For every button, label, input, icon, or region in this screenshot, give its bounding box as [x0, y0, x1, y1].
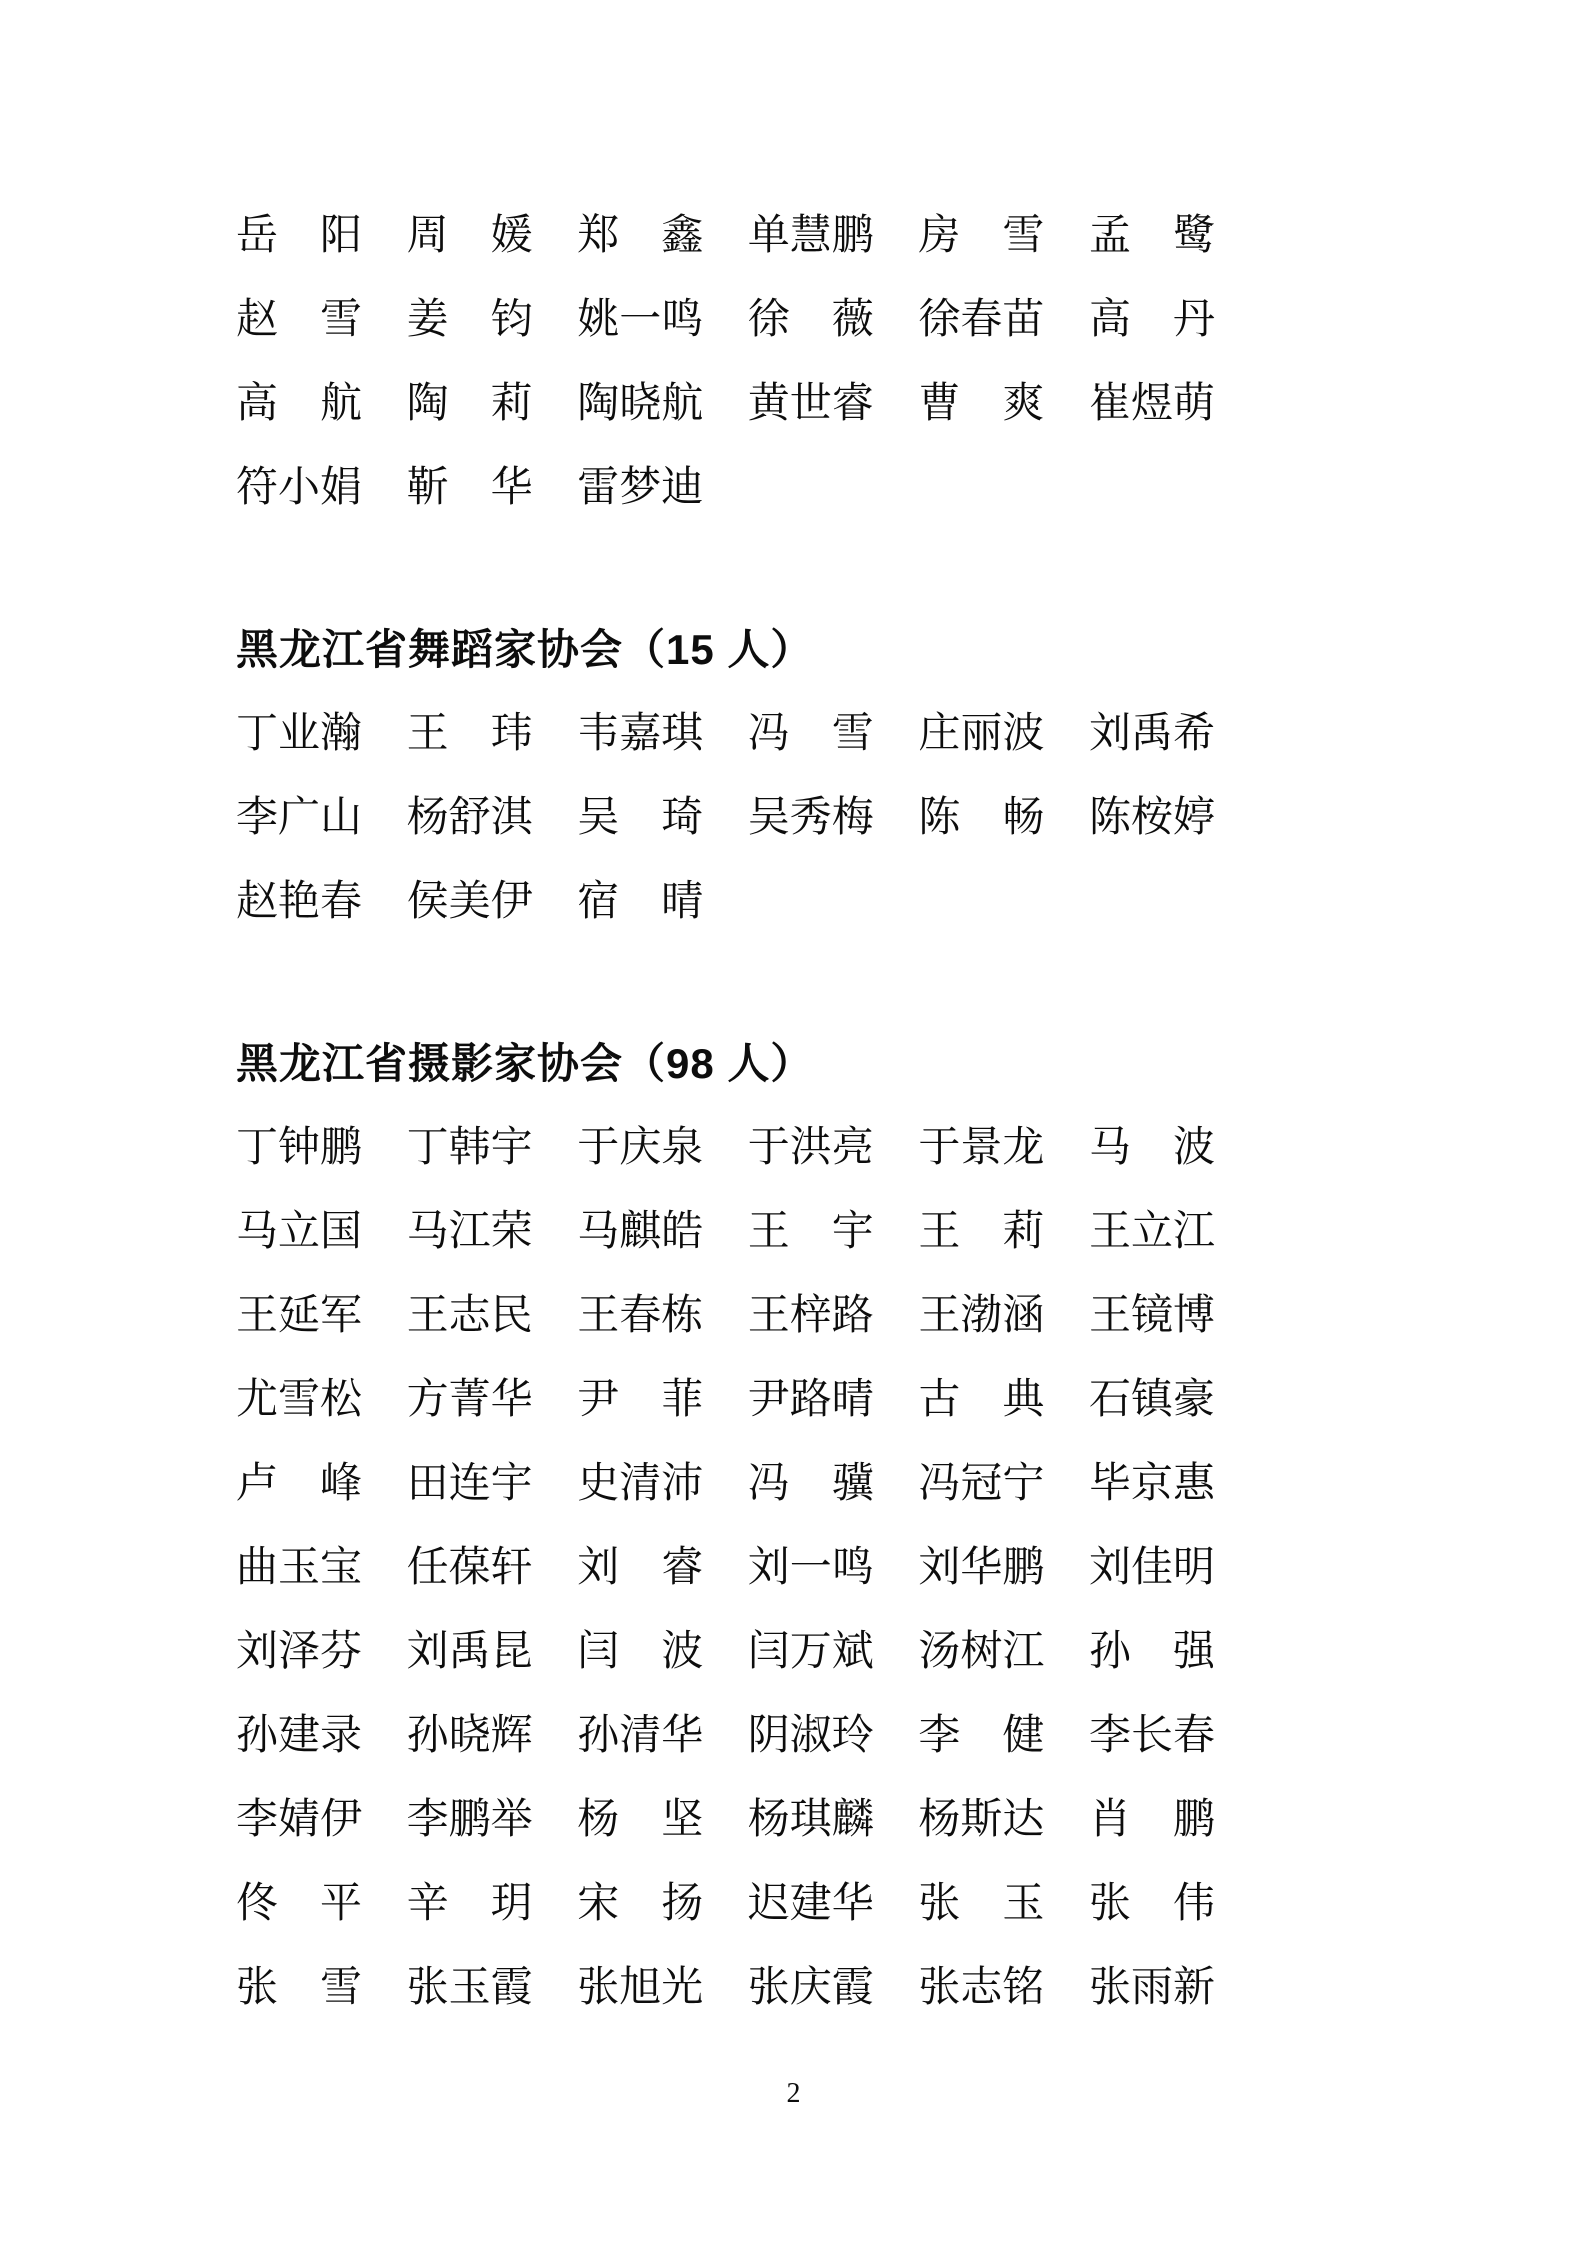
member-name: 姚一鸣 [577, 299, 703, 341]
member-name: 石镇豪 [1089, 1379, 1215, 1421]
member-name: 周 媛 [407, 215, 533, 257]
member-row: 李婧伊李鹏举杨 坚杨琪麟杨斯达肖 鹏 [236, 1778, 1215, 1862]
member-name: 曹 爽 [918, 383, 1044, 425]
member-name: 雷梦迪 [577, 467, 703, 509]
member-row: 张 雪张玉霞张旭光张庆霞张志铭张雨新 [236, 1946, 1215, 2030]
member-name: 闫万斌 [748, 1631, 874, 1673]
member-name: 冯 雪 [748, 713, 874, 755]
member-row: 岳 阳周 媛郑 鑫单慧鹏房 雪孟 鹭 [236, 194, 1215, 278]
member-name: 尹路晴 [748, 1379, 874, 1421]
member-name: 陶晓航 [577, 383, 703, 425]
member-name: 侯美伊 [407, 881, 533, 923]
member-name: 刘禹昆 [407, 1631, 533, 1673]
member-name: 马 波 [1089, 1127, 1215, 1169]
member-name: 丁钟鹏 [236, 1127, 362, 1169]
member-name: 冯冠宁 [918, 1463, 1044, 1505]
member-name: 李鹏举 [407, 1799, 533, 1841]
member-name: 刘佳明 [1089, 1547, 1215, 1589]
member-name: 汤树江 [918, 1631, 1044, 1673]
member-name: 陈 畅 [918, 797, 1044, 839]
member-name: 徐 薇 [748, 299, 874, 341]
member-name: 李长春 [1089, 1715, 1215, 1757]
member-name: 王梓路 [748, 1295, 874, 1337]
section-rows-dancers: 丁业瀚王 玮韦嘉琪冯 雪庄丽波刘禹希李广山杨舒淇吴 琦吴秀梅陈 畅陈桉婷赵艳春侯… [236, 692, 1215, 944]
member-name: 孙建录 [236, 1715, 362, 1757]
section-photographers-association: 黑龙江省摄影家协会（98 人） 丁钟鹏丁韩宇于庆泉于洪亮于景龙马 波马立国马江荣… [236, 1022, 1215, 2030]
section-rows-photographers: 丁钟鹏丁韩宇于庆泉于洪亮于景龙马 波马立国马江荣马麒皓王 宇王 莉王立江王延军王… [236, 1106, 1215, 2030]
member-name: 孙晓辉 [407, 1715, 533, 1757]
member-row: 王延军王志民王春栋王梓路王渤涵王镜博 [236, 1274, 1215, 1358]
member-row: 丁业瀚王 玮韦嘉琪冯 雪庄丽波刘禹希 [236, 692, 1215, 776]
member-row: 高 航陶 莉陶晓航黄世睿曹 爽崔煜萌 [236, 362, 1215, 446]
member-row: 符小娟靳 华雷梦迪 [236, 446, 1215, 530]
member-name: 单慧鹏 [748, 215, 874, 257]
member-name: 马麒皓 [577, 1211, 703, 1253]
member-name: 韦嘉琪 [577, 713, 703, 755]
member-name: 吴秀梅 [748, 797, 874, 839]
document-page: 岳 阳周 媛郑 鑫单慧鹏房 雪孟 鹭赵 雪姜 钧姚一鸣徐 薇徐春苗高 丹高 航陶… [0, 0, 1587, 2245]
member-name: 张志铭 [918, 1967, 1044, 2009]
member-name: 方菁华 [407, 1379, 533, 1421]
member-row: 佟 平辛 玥宋 扬迟建华张 玉张 伟 [236, 1862, 1215, 1946]
member-name: 刘泽芬 [236, 1631, 362, 1673]
member-name: 古 典 [918, 1379, 1044, 1421]
member-name: 房 雪 [918, 215, 1044, 257]
member-name: 王志民 [407, 1295, 533, 1337]
member-name: 王 玮 [407, 713, 533, 755]
member-name: 田连宇 [407, 1463, 533, 1505]
page-number: 2 [0, 2076, 1587, 2112]
member-name: 尹 菲 [577, 1379, 703, 1421]
member-name: 于洪亮 [748, 1127, 874, 1169]
member-name: 冯 骥 [748, 1463, 874, 1505]
member-name: 杨舒淇 [407, 797, 533, 839]
member-name: 丁韩宇 [407, 1127, 533, 1169]
member-row: 李广山杨舒淇吴 琦吴秀梅陈 畅陈桉婷 [236, 776, 1215, 860]
member-name: 郑 鑫 [577, 215, 703, 257]
member-name: 李婧伊 [236, 1799, 362, 1841]
member-name: 姜 钧 [407, 299, 533, 341]
member-name: 阴淑玲 [748, 1715, 874, 1757]
section-heading-dancers: 黑龙江省舞蹈家协会（15 人） [236, 608, 1215, 692]
member-name: 赵艳春 [236, 881, 362, 923]
member-name: 王渤涵 [918, 1295, 1044, 1337]
member-name: 李广山 [236, 797, 362, 839]
member-name: 陶 莉 [407, 383, 533, 425]
member-name: 杨琪麟 [748, 1799, 874, 1841]
member-name: 肖 鹏 [1089, 1799, 1215, 1841]
member-name: 张 雪 [236, 1967, 362, 2009]
member-row: 尤雪松方菁华尹 菲尹路晴古 典石镇豪 [236, 1358, 1215, 1442]
member-name: 张 伟 [1089, 1883, 1215, 1925]
member-name: 杨 坚 [577, 1799, 703, 1841]
member-name: 马江荣 [407, 1211, 533, 1253]
member-name: 宿 晴 [577, 881, 703, 923]
member-name: 张玉霞 [407, 1967, 533, 2009]
member-name: 黄世睿 [748, 383, 874, 425]
member-name: 辛 玥 [407, 1883, 533, 1925]
member-name: 李 健 [918, 1715, 1044, 1757]
member-name: 曲玉宝 [236, 1547, 362, 1589]
member-name: 崔煜萌 [1089, 383, 1215, 425]
member-name: 王延军 [236, 1295, 362, 1337]
member-name: 高 丹 [1089, 299, 1215, 341]
member-name: 丁业瀚 [236, 713, 362, 755]
member-name: 毕京惠 [1089, 1463, 1215, 1505]
member-name: 卢 峰 [236, 1463, 362, 1505]
member-row: 卢 峰田连宇史清沛冯 骥冯冠宁毕京惠 [236, 1442, 1215, 1526]
member-name: 刘禹希 [1089, 713, 1215, 755]
member-row: 孙建录孙晓辉孙清华阴淑玲李 健李长春 [236, 1694, 1215, 1778]
member-name: 靳 华 [407, 467, 533, 509]
member-name: 孙清华 [577, 1715, 703, 1757]
member-name: 迟建华 [748, 1883, 874, 1925]
member-name: 岳 阳 [236, 215, 362, 257]
section-heading-photographers: 黑龙江省摄影家协会（98 人） [236, 1022, 1215, 1106]
member-name: 孙 强 [1089, 1631, 1215, 1673]
member-name: 徐春苗 [918, 299, 1044, 341]
member-name: 张雨新 [1089, 1967, 1215, 2009]
member-name: 宋 扬 [577, 1883, 703, 1925]
section-dancers-association: 黑龙江省舞蹈家协会（15 人） 丁业瀚王 玮韦嘉琪冯 雪庄丽波刘禹希李广山杨舒淇… [236, 608, 1215, 944]
member-row: 曲玉宝任葆轩刘 睿刘一鸣刘华鹏刘佳明 [236, 1526, 1215, 1610]
member-name: 赵 雪 [236, 299, 362, 341]
member-name: 佟 平 [236, 1883, 362, 1925]
member-name: 刘华鹏 [918, 1547, 1044, 1589]
member-row: 刘泽芬刘禹昆闫 波闫万斌汤树江孙 强 [236, 1610, 1215, 1694]
member-name: 史清沛 [577, 1463, 703, 1505]
member-row: 丁钟鹏丁韩宇于庆泉于洪亮于景龙马 波 [236, 1106, 1215, 1190]
section-members-continued: 岳 阳周 媛郑 鑫单慧鹏房 雪孟 鹭赵 雪姜 钧姚一鸣徐 薇徐春苗高 丹高 航陶… [236, 194, 1215, 530]
member-row: 赵艳春侯美伊宿 晴 [236, 860, 1215, 944]
member-name: 王 莉 [918, 1211, 1044, 1253]
member-name: 符小娟 [236, 467, 362, 509]
member-name: 王立江 [1089, 1211, 1215, 1253]
member-name: 杨斯达 [918, 1799, 1044, 1841]
member-row: 马立国马江荣马麒皓王 宇王 莉王立江 [236, 1190, 1215, 1274]
member-name: 吴 琦 [577, 797, 703, 839]
member-name: 尤雪松 [236, 1379, 362, 1421]
member-name: 任葆轩 [407, 1547, 533, 1589]
member-name: 孟 鹭 [1089, 215, 1215, 257]
member-name: 刘 睿 [577, 1547, 703, 1589]
member-name: 王 宇 [748, 1211, 874, 1253]
document-content: 岳 阳周 媛郑 鑫单慧鹏房 雪孟 鹭赵 雪姜 钧姚一鸣徐 薇徐春苗高 丹高 航陶… [0, 0, 1587, 2030]
member-name: 于景龙 [918, 1127, 1044, 1169]
member-name: 于庆泉 [577, 1127, 703, 1169]
member-name: 高 航 [236, 383, 362, 425]
member-name: 张旭光 [577, 1967, 703, 2009]
member-name: 王春栋 [577, 1295, 703, 1337]
member-name: 王镜博 [1089, 1295, 1215, 1337]
member-name: 张庆霞 [748, 1967, 874, 2009]
member-name: 陈桉婷 [1089, 797, 1215, 839]
member-row: 赵 雪姜 钧姚一鸣徐 薇徐春苗高 丹 [236, 278, 1215, 362]
member-name: 庄丽波 [918, 713, 1044, 755]
member-name: 马立国 [236, 1211, 362, 1253]
member-name: 闫 波 [577, 1631, 703, 1673]
member-name: 刘一鸣 [748, 1547, 874, 1589]
member-name: 张 玉 [918, 1883, 1044, 1925]
